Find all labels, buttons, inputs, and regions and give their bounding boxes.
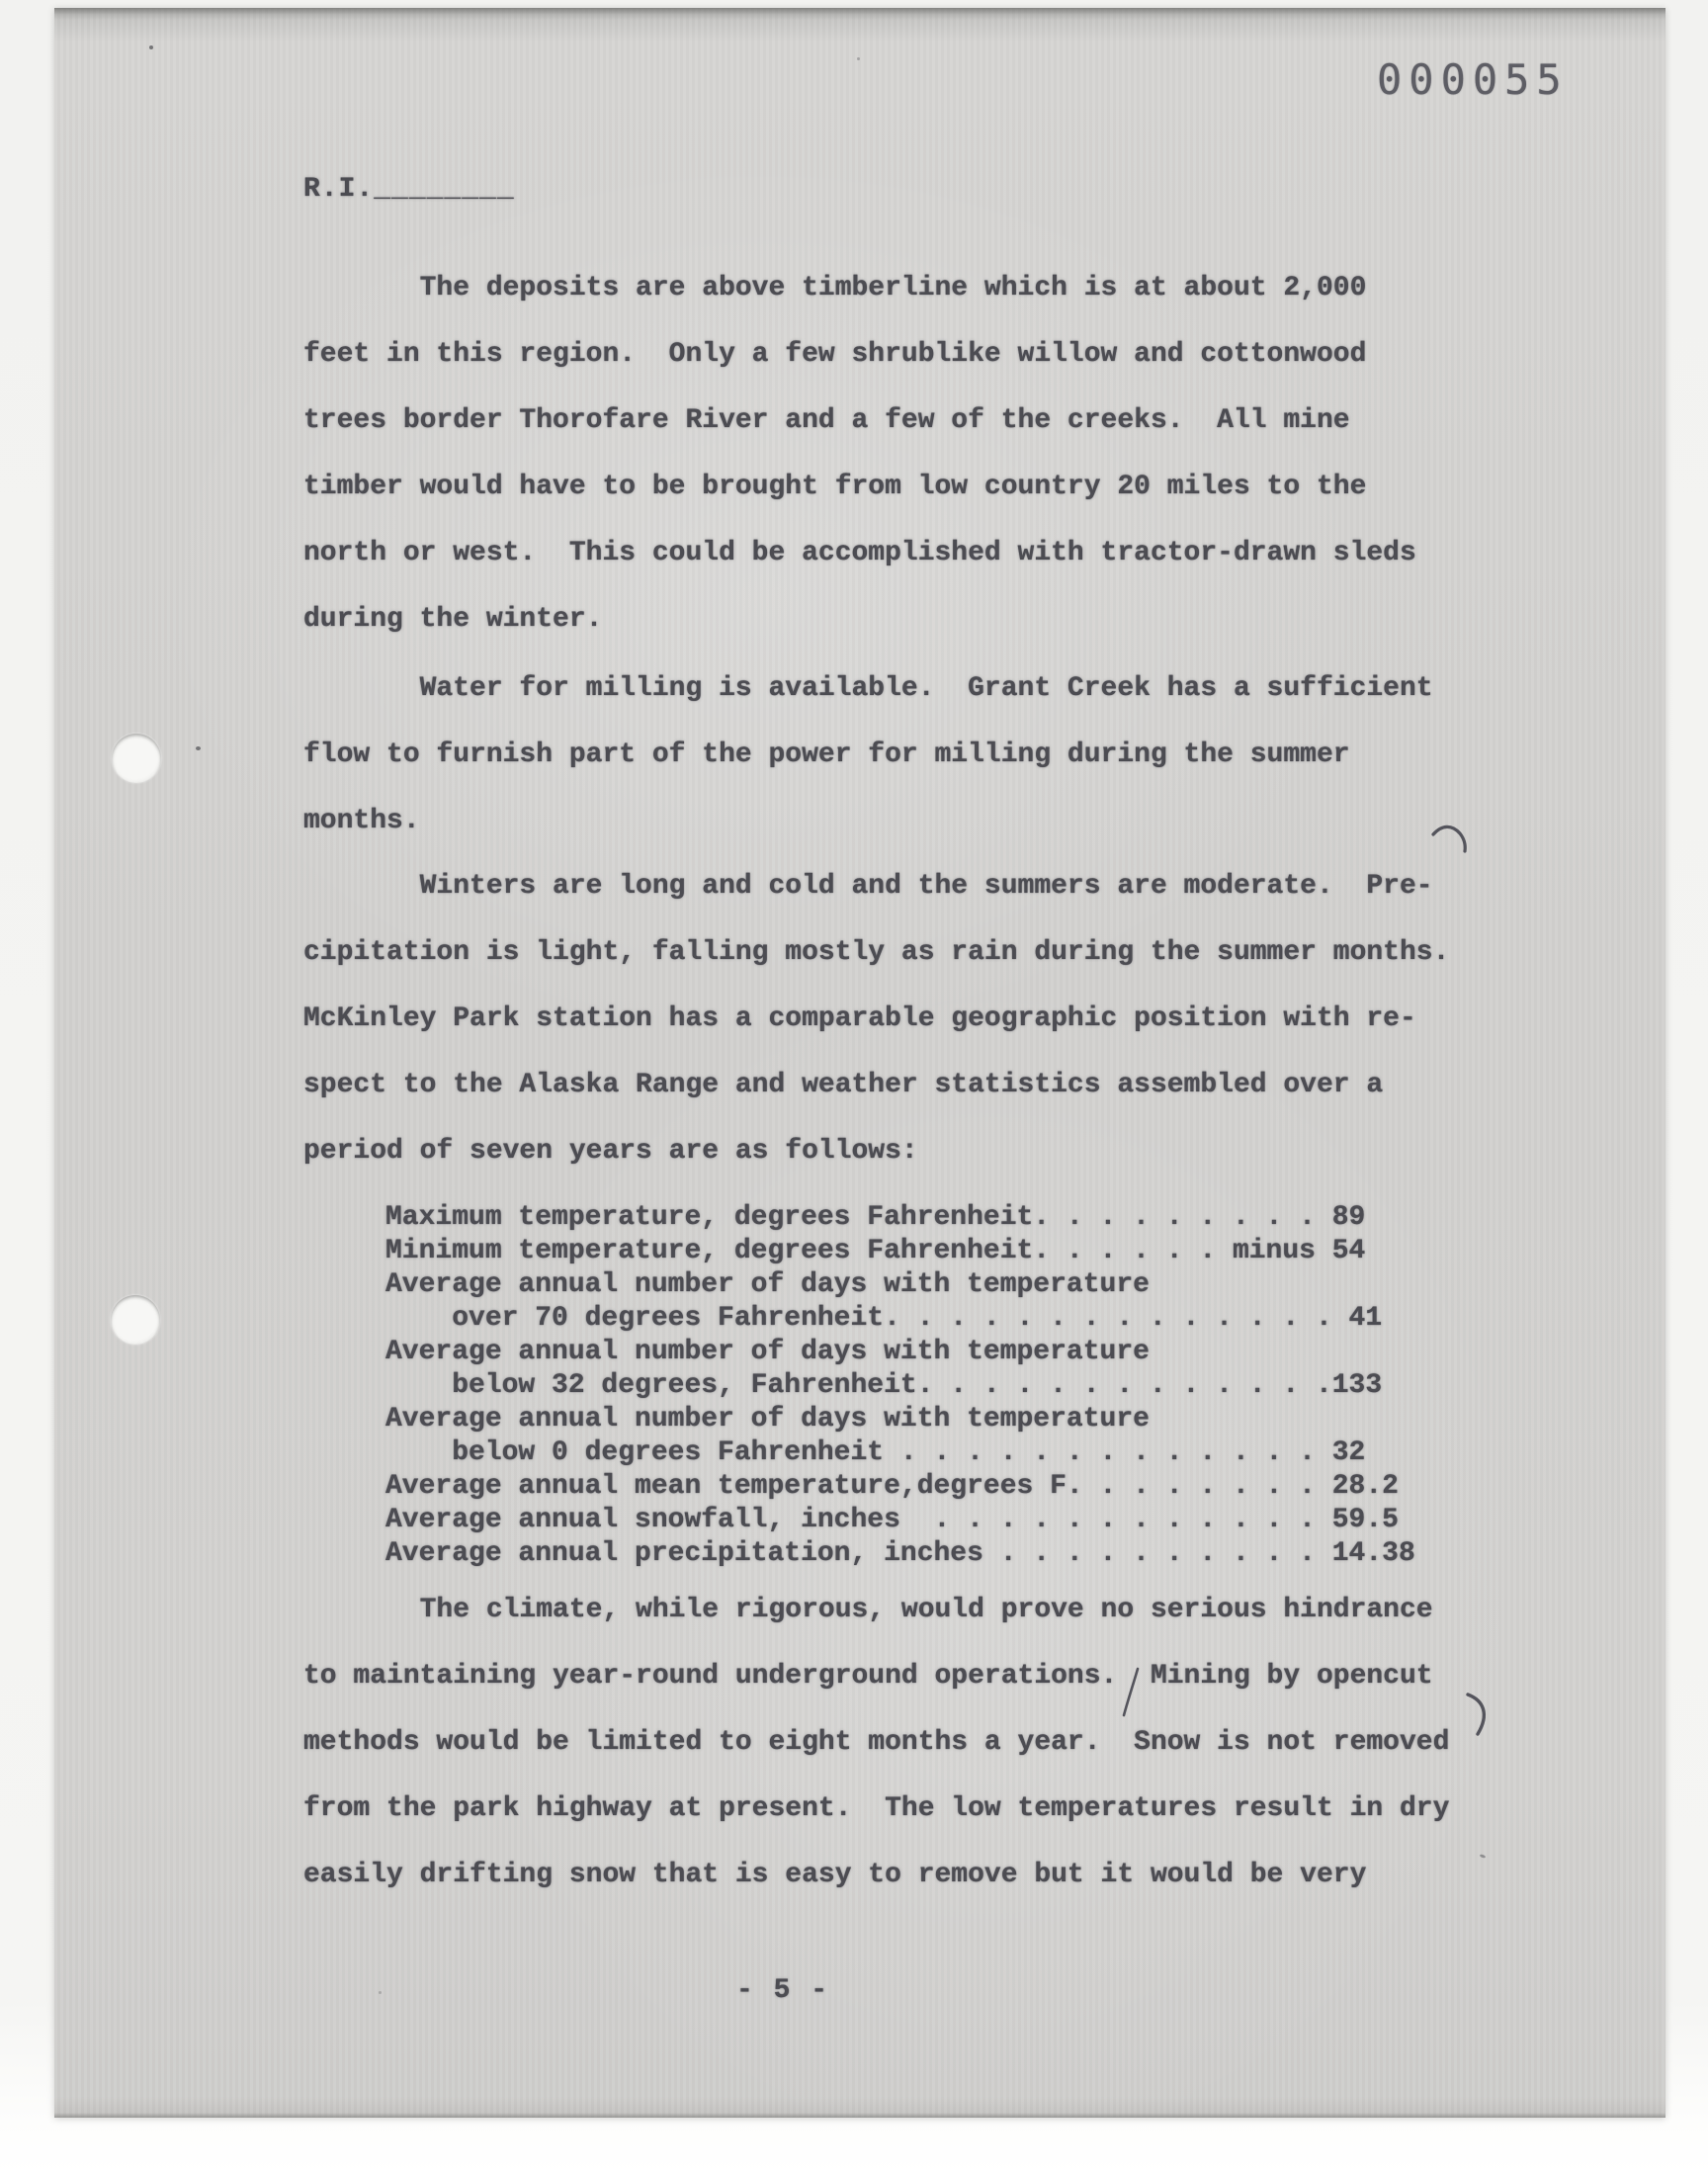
typed-line: Winters are long and cold and the summer…: [303, 853, 1449, 919]
typed-line: Average annual number of days with tempe…: [385, 1403, 1415, 1436]
typed-line: Average annual mean temperature,degrees …: [385, 1470, 1415, 1504]
typed-line: timber would have to be brought from low…: [303, 454, 1416, 520]
typed-line: Maximum temperature, degrees Fahrenheit.…: [385, 1201, 1415, 1235]
pen-mark-slash-icon: [1120, 1667, 1144, 1718]
pen-mark-curve-icon: [1430, 821, 1478, 868]
typed-line: easily drifting snow that is easy to rem…: [303, 1842, 1449, 1908]
reference-label: R.I.________: [303, 174, 515, 205]
typed-line: Average annual number of days with tempe…: [385, 1336, 1415, 1369]
paragraph-climate-intro: Winters are long and cold and the summer…: [303, 853, 1449, 1184]
typed-line: The climate, while rigorous, would prove…: [303, 1577, 1449, 1643]
typed-line: below 0 degrees Fahrenheit . . . . . . .…: [385, 1436, 1415, 1470]
paper-top-edge: [54, 8, 1665, 20]
scan-speck: [196, 746, 201, 750]
typed-line: spect to the Alaska Range and weather st…: [303, 1052, 1449, 1118]
typed-line: Minimum temperature, degrees Fahrenheit.…: [385, 1235, 1415, 1268]
paper-sheet: 000055 R.I.________ The deposits are abo…: [54, 8, 1665, 2118]
typed-line: over 70 degrees Fahrenheit. . . . . . . …: [385, 1302, 1415, 1336]
scanned-document-page: 000055 R.I.________ The deposits are abo…: [0, 0, 1708, 2175]
typed-line: during the winter.: [303, 586, 1416, 652]
paragraph-climate-operations: The climate, while rigorous, would prove…: [303, 1577, 1449, 1908]
scan-speck: [379, 1991, 382, 1994]
typed-line: McKinley Park station has a comparable g…: [303, 986, 1449, 1052]
typed-line: from the park highway at present. The lo…: [303, 1776, 1449, 1842]
typed-line: north or west. This could be accomplishe…: [303, 520, 1416, 586]
typed-line: flow to furnish part of the power for mi…: [303, 722, 1433, 788]
typed-line: feet in this region. Only a few shrublik…: [303, 321, 1416, 388]
typed-line: Water for milling is available. Grant Cr…: [303, 655, 1433, 722]
weather-statistics-table: Maximum temperature, degrees Fahrenheit.…: [385, 1201, 1415, 1571]
serial-number-stamp: 000055: [1377, 55, 1569, 104]
typed-line: cipitation is light, falling mostly as r…: [303, 919, 1449, 986]
punch-hole-bottom: [111, 1295, 160, 1345]
scan-speck: [857, 57, 860, 60]
typed-line: Average annual snowfall, inches . . . . …: [385, 1504, 1415, 1537]
typed-line: Average annual number of days with tempe…: [385, 1268, 1415, 1302]
typed-line: to maintaining year-round underground op…: [303, 1643, 1449, 1709]
punch-hole-top: [112, 734, 161, 783]
typed-line: methods would be limited to eight months…: [303, 1709, 1449, 1776]
page-number: - 5 -: [736, 1975, 829, 2006]
pen-mark-hook-icon: [1462, 1691, 1497, 1742]
paragraph-water: Water for milling is available. Grant Cr…: [303, 655, 1433, 854]
paper-bottom-edge: [54, 2113, 1665, 2118]
typed-line: Average annual precipitation, inches . .…: [385, 1537, 1415, 1571]
typed-line: months.: [303, 788, 1433, 854]
scan-speck: [149, 45, 153, 49]
typed-line: below 32 degrees, Fahrenheit. . . . . . …: [385, 1369, 1415, 1403]
scan-speck: [1480, 1854, 1487, 1859]
typed-line: trees border Thorofare River and a few o…: [303, 388, 1416, 454]
typed-line: The deposits are above timberline which …: [303, 255, 1416, 321]
typed-line: period of seven years are as follows:: [303, 1118, 1449, 1184]
paragraph-timber: The deposits are above timberline which …: [303, 255, 1416, 652]
